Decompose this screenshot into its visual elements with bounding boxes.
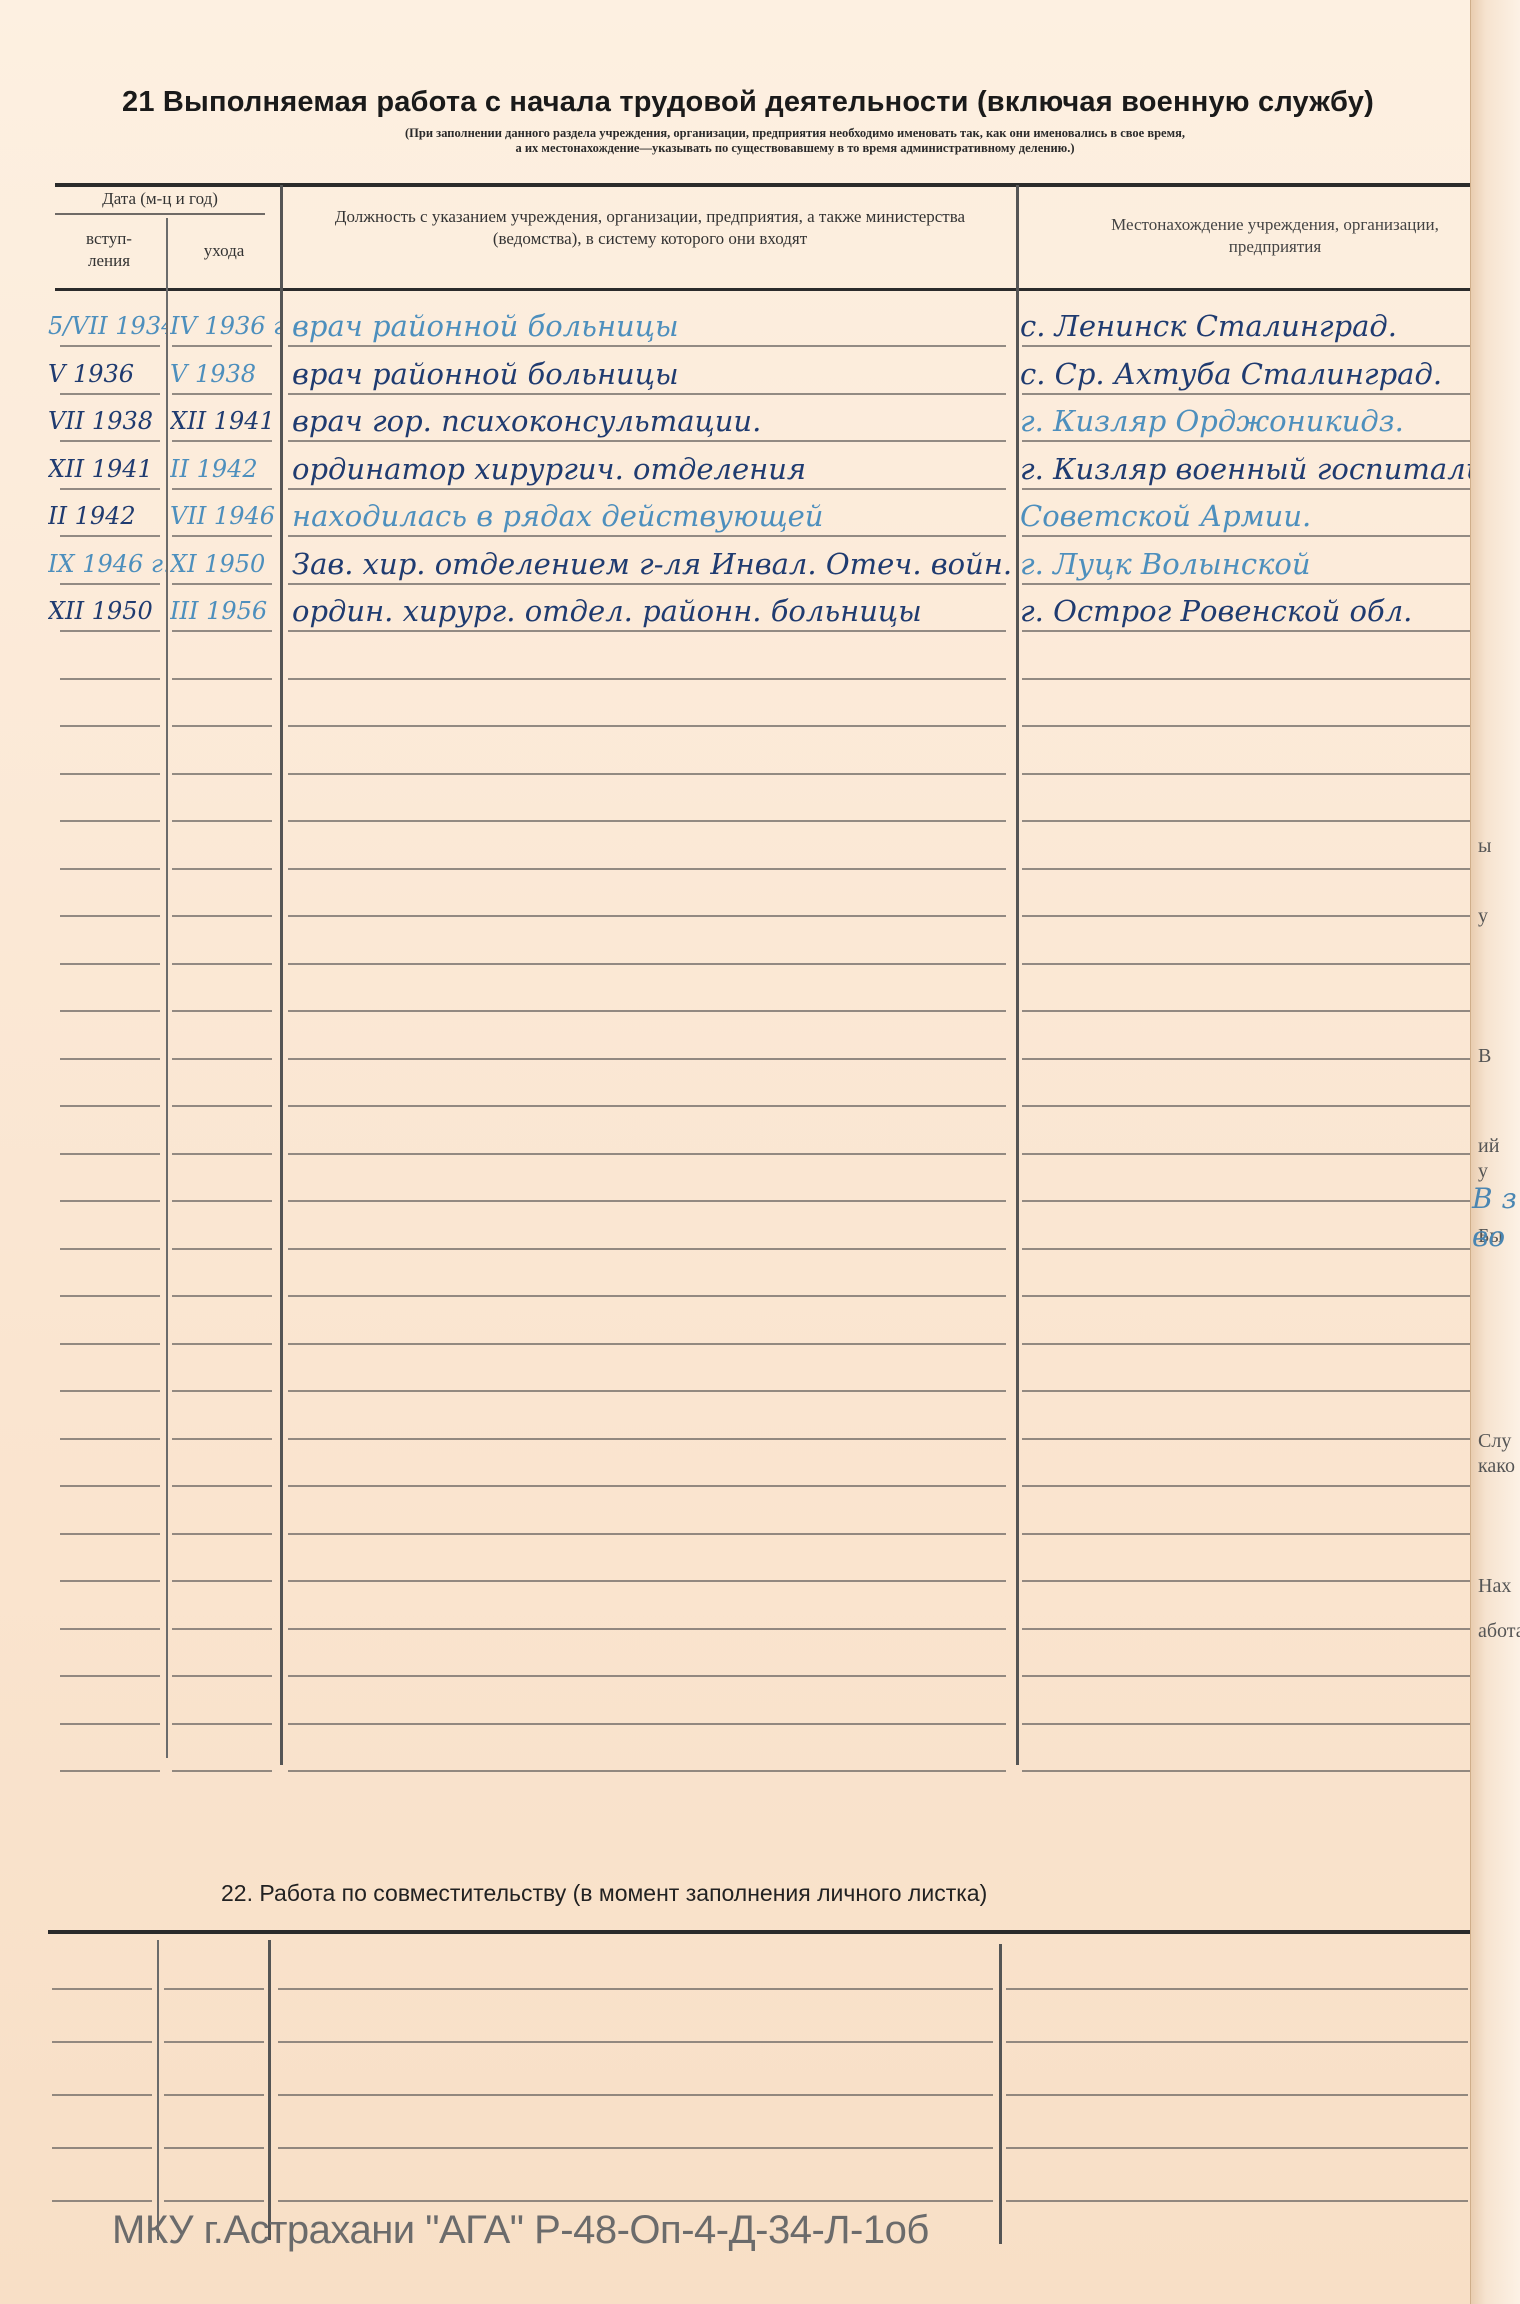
- rule-position: [288, 1533, 1006, 1535]
- adjacent-page-handwriting: во: [1472, 1220, 1505, 1253]
- s22-divider-dates: [157, 1940, 159, 2240]
- rule-position: [288, 1153, 1006, 1155]
- date-group-underline: [55, 213, 265, 215]
- rule-end: [172, 963, 272, 965]
- rule-s22-location: [1006, 2094, 1468, 2096]
- rule-end: [172, 1533, 272, 1535]
- rule-s22-start: [52, 2041, 152, 2043]
- rule-location: [1022, 915, 1470, 917]
- rule-position: [288, 1105, 1006, 1107]
- rule-start: [60, 678, 160, 680]
- cell-position: врач районной больницы: [292, 357, 1014, 391]
- rule-end: [172, 1058, 272, 1060]
- header-date-group: Дата (м-ц и год): [55, 188, 265, 210]
- rule-end: [172, 1770, 272, 1772]
- cell-start-date: VII 1938: [48, 404, 166, 438]
- rule-start: [60, 1248, 160, 1250]
- rule-end: [172, 1390, 272, 1392]
- rule-location: [1022, 440, 1470, 442]
- rule-start: [60, 820, 160, 822]
- rule-location: [1022, 630, 1470, 632]
- rule-location: [1022, 773, 1470, 775]
- cell-end-date: IV 1936 г.: [170, 309, 280, 343]
- rule-location: [1022, 1770, 1470, 1772]
- rule-location: [1022, 1153, 1470, 1155]
- rule-end: [172, 725, 272, 727]
- rule-start: [60, 1058, 160, 1060]
- rule-end: [172, 868, 272, 870]
- rule-start: [60, 1010, 160, 1012]
- rule-end: [172, 1675, 272, 1677]
- rule-end: [172, 1010, 272, 1012]
- note-line-1: (При заполнении данного раздела учрежден…: [140, 126, 1450, 141]
- rule-start: [60, 1770, 160, 1772]
- rule-location: [1022, 1010, 1470, 1012]
- cell-location: г. Острог Ровенской обл.: [1020, 594, 1472, 628]
- rule-start: [60, 1675, 160, 1677]
- rule-end: [172, 583, 272, 585]
- rule-start: [60, 1105, 160, 1107]
- adjacent-page-text: абота: [1478, 1620, 1520, 1643]
- cell-start-date: IX 1946 г.: [48, 547, 166, 581]
- rule-position: [288, 535, 1006, 537]
- rule-location: [1022, 488, 1470, 490]
- rule-s22-end: [164, 1988, 264, 1990]
- adjacent-page-handwriting: В з: [1472, 1182, 1517, 1215]
- rule-location: [1022, 1628, 1470, 1630]
- rule-start: [60, 1580, 160, 1582]
- rule-s22-end: [164, 2041, 264, 2043]
- rule-s22-location: [1006, 2041, 1468, 2043]
- rule-s22-end: [164, 2200, 264, 2202]
- rule-s22-position: [278, 2147, 993, 2149]
- adjacent-page-text: ий: [1478, 1135, 1499, 1158]
- rule-position: [288, 915, 1006, 917]
- rule-position: [288, 1485, 1006, 1487]
- rule-end: [172, 1485, 272, 1487]
- rule-position: [288, 1438, 1006, 1440]
- rule-position: [288, 1295, 1006, 1297]
- rule-start: [60, 1295, 160, 1297]
- rule-location: [1022, 1390, 1470, 1392]
- rule-end: [172, 915, 272, 917]
- section-21-note: (При заполнении данного раздела учрежден…: [140, 126, 1450, 156]
- rule-end: [172, 630, 272, 632]
- rule-location: [1022, 1343, 1470, 1345]
- header-location: Местонахождение учреждения, организации,…: [1080, 214, 1470, 258]
- rule-position: [288, 773, 1006, 775]
- adjacent-page-text: Нах: [1478, 1575, 1511, 1598]
- rule-end: [172, 440, 272, 442]
- table-top-rule: [55, 183, 1475, 187]
- rule-end: [172, 1580, 272, 1582]
- rule-start: [60, 488, 160, 490]
- rule-start: [60, 1533, 160, 1535]
- adjacent-page-text: у: [1478, 1160, 1488, 1183]
- note-line-2: а их местонахождение—указывать по сущест…: [140, 141, 1450, 156]
- s22-divider-position: [268, 1940, 271, 2240]
- rule-position: [288, 868, 1006, 870]
- rule-location: [1022, 725, 1470, 727]
- rule-position: [288, 1580, 1006, 1582]
- rule-location: [1022, 1675, 1470, 1677]
- rule-start: [60, 393, 160, 395]
- cell-position: врач районной больницы: [292, 309, 1014, 343]
- cell-location: г. Луцк Волынской: [1020, 547, 1472, 581]
- rule-position: [288, 1723, 1006, 1725]
- rule-position: [288, 678, 1006, 680]
- header-bottom-rule: [55, 288, 1475, 291]
- rule-location: [1022, 1105, 1470, 1107]
- rule-end: [172, 393, 272, 395]
- rule-s22-end: [164, 2147, 264, 2149]
- rule-end: [172, 678, 272, 680]
- rule-location: [1022, 868, 1470, 870]
- cell-end-date: III 1956: [170, 594, 280, 628]
- rule-end: [172, 1295, 272, 1297]
- rule-location: [1022, 678, 1470, 680]
- rule-s22-position: [278, 1988, 993, 1990]
- rule-position: [288, 583, 1006, 585]
- rule-location: [1022, 1248, 1470, 1250]
- cell-location: с. Ср. Ахтуба Сталинград.: [1020, 357, 1472, 391]
- header-position: Должность с указанием учреждения, органи…: [320, 206, 980, 250]
- cell-start-date: V 1936: [48, 357, 166, 391]
- rule-location: [1022, 1485, 1470, 1487]
- rule-s22-location: [1006, 1988, 1468, 1990]
- rule-position: [288, 1390, 1006, 1392]
- rule-start: [60, 1628, 160, 1630]
- rule-end: [172, 488, 272, 490]
- rule-start: [60, 1485, 160, 1487]
- cell-end-date: II 1942: [170, 452, 280, 486]
- cell-end-date: VII 1946: [170, 499, 280, 533]
- rule-start: [60, 583, 160, 585]
- rule-s22-position: [278, 2094, 993, 2096]
- adjacent-page-text: Слу: [1478, 1430, 1511, 1453]
- cell-start-date: II 1942: [48, 499, 166, 533]
- rule-position: [288, 1675, 1006, 1677]
- cell-location: г. Кизляр Орджоникидз.: [1020, 404, 1472, 438]
- rule-end: [172, 773, 272, 775]
- rule-start: [60, 1343, 160, 1345]
- cell-location: Советской Армии.: [1020, 499, 1472, 533]
- cell-position: Зав. хир. отделением г-ля Инвал. Отеч. в…: [292, 547, 1014, 581]
- cell-position: находилась в рядах действующей: [292, 499, 1014, 533]
- rule-end: [172, 1153, 272, 1155]
- rule-location: [1022, 535, 1470, 537]
- rule-s22-position: [278, 2200, 993, 2202]
- rule-start: [60, 1390, 160, 1392]
- rule-position: [288, 1343, 1006, 1345]
- column-divider-position: [280, 185, 283, 1765]
- rule-location: [1022, 1438, 1470, 1440]
- rule-s22-start: [52, 2094, 152, 2096]
- rule-end: [172, 1200, 272, 1202]
- header-start-date: вступ- ления: [55, 228, 163, 272]
- cell-start-date: XII 1950: [48, 594, 166, 628]
- rule-position: [288, 1770, 1006, 1772]
- cell-position: врач гор. психоконсультации.: [292, 404, 1014, 438]
- section-22-top-rule: [48, 1930, 1473, 1934]
- rule-end: [172, 1438, 272, 1440]
- rule-start: [60, 963, 160, 965]
- cell-location: с. Ленинск Сталинград.: [1020, 309, 1472, 343]
- adjacent-page-text: како: [1478, 1455, 1515, 1478]
- rule-location: [1022, 1058, 1470, 1060]
- rule-position: [288, 725, 1006, 727]
- column-divider-location: [1016, 185, 1019, 1765]
- rule-position: [288, 393, 1006, 395]
- rule-position: [288, 1058, 1006, 1060]
- rule-s22-position: [278, 2041, 993, 2043]
- rule-location: [1022, 963, 1470, 965]
- section-21-title: 21 Выполняемая работа с начала трудовой …: [122, 86, 1374, 119]
- rule-position: [288, 630, 1006, 632]
- cell-end-date: XI 1950: [170, 547, 280, 581]
- rule-s22-start: [52, 2200, 152, 2202]
- adjacent-page-text: ы: [1478, 835, 1491, 858]
- rule-location: [1022, 583, 1470, 585]
- rule-start: [60, 1438, 160, 1440]
- s22-divider-location: [999, 1944, 1002, 2244]
- rule-start: [60, 773, 160, 775]
- cell-position: ордин. хирург. отдел. районн. больницы: [292, 594, 1014, 628]
- rule-location: [1022, 345, 1470, 347]
- rule-start: [60, 535, 160, 537]
- rule-location: [1022, 1580, 1470, 1582]
- cell-location: г. Кизляр военный госпиталь: [1020, 452, 1472, 486]
- rule-position: [288, 345, 1006, 347]
- rule-position: [288, 1010, 1006, 1012]
- rule-start: [60, 1153, 160, 1155]
- rule-location: [1022, 1200, 1470, 1202]
- rule-s22-location: [1006, 2147, 1468, 2149]
- rule-start: [60, 1200, 160, 1202]
- cell-start-date: XII 1941: [48, 452, 166, 486]
- rule-s22-end: [164, 2094, 264, 2096]
- rule-start: [60, 440, 160, 442]
- rule-start: [60, 630, 160, 632]
- rule-end: [172, 345, 272, 347]
- rule-position: [288, 1200, 1006, 1202]
- header-end-date: ухода: [170, 240, 278, 262]
- rule-location: [1022, 1533, 1470, 1535]
- rule-location: [1022, 1295, 1470, 1297]
- cell-position: ординатор хирургич. отделения: [292, 452, 1014, 486]
- cell-end-date: XII 1941: [170, 404, 280, 438]
- rule-end: [172, 820, 272, 822]
- rule-s22-start: [52, 1988, 152, 1990]
- rule-end: [172, 1628, 272, 1630]
- rule-location: [1022, 1723, 1470, 1725]
- rule-end: [172, 1248, 272, 1250]
- rule-location: [1022, 393, 1470, 395]
- section-22-title: 22. Работа по совместительству (в момент…: [221, 1880, 987, 1907]
- rule-start: [60, 1723, 160, 1725]
- rule-s22-start: [52, 2147, 152, 2149]
- rule-position: [288, 1248, 1006, 1250]
- column-divider-dates: [166, 218, 168, 1758]
- rule-start: [60, 868, 160, 870]
- rule-s22-location: [1006, 2200, 1468, 2202]
- rule-position: [288, 1628, 1006, 1630]
- adjacent-page-text: у: [1478, 905, 1488, 928]
- rule-position: [288, 488, 1006, 490]
- rule-end: [172, 535, 272, 537]
- adjacent-page-text: В: [1478, 1045, 1491, 1068]
- rule-end: [172, 1105, 272, 1107]
- rule-end: [172, 1723, 272, 1725]
- rule-position: [288, 440, 1006, 442]
- cell-end-date: V 1938: [170, 357, 280, 391]
- rule-position: [288, 963, 1006, 965]
- rule-end: [172, 1343, 272, 1345]
- rule-position: [288, 820, 1006, 822]
- archive-stamp: МКУ г.Астрахани "АГА" Р-48-Оп-4-Д-34-Л-1…: [112, 2208, 929, 2253]
- rule-start: [60, 915, 160, 917]
- rule-location: [1022, 820, 1470, 822]
- rule-start: [60, 345, 160, 347]
- rule-start: [60, 725, 160, 727]
- cell-start-date: 5/VII 1934: [48, 309, 166, 343]
